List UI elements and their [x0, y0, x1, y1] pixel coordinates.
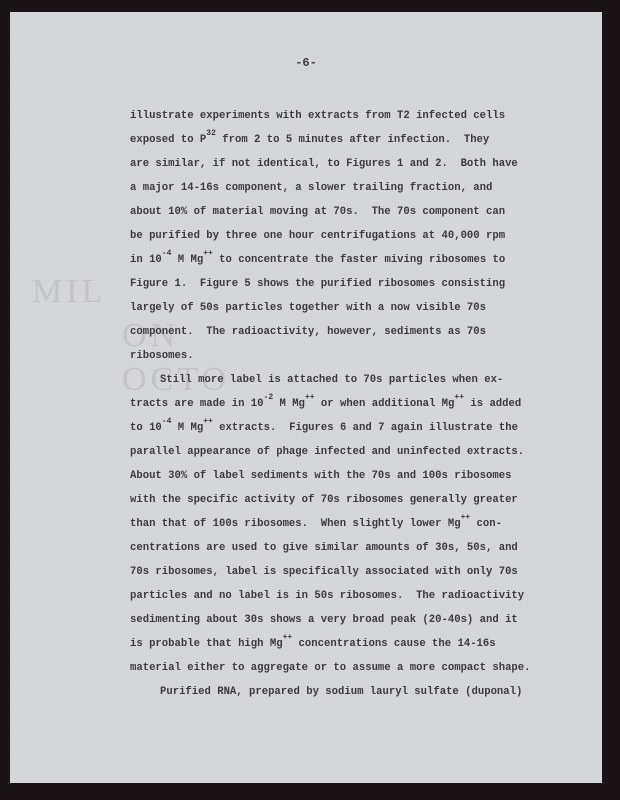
text-line: 70s ribosomes, label is specifically ass… [130, 560, 520, 584]
text-run: to 10 [130, 422, 162, 434]
text-line: parallel appearance of phage infected an… [130, 440, 520, 464]
text-line: centrations are used to give similar amo… [130, 536, 520, 560]
superscript: ++ [283, 633, 293, 642]
text-run: M Mg [171, 422, 203, 434]
superscript: ++ [454, 393, 464, 402]
text-run: exposed to P [130, 134, 206, 146]
text-line: material either to aggregate or to assum… [130, 656, 520, 680]
text-line: than that of 100s ribosomes. When slight… [130, 512, 520, 536]
text-line: to 10-4 M Mg++ extracts. Figures 6 and 7… [130, 416, 520, 440]
superscript: ++ [203, 249, 213, 258]
text-run: con- [470, 518, 502, 530]
superscript: -4 [162, 249, 172, 258]
text-run: is added [464, 398, 521, 410]
text-line: Still more label is attached to 70s part… [130, 368, 520, 392]
text-run: tracts are made in 10 [130, 398, 264, 410]
text-run: or when additional Mg [315, 398, 455, 410]
text-run: in 10 [130, 254, 162, 266]
text-line: particles and no label is in 50s ribosom… [130, 584, 520, 608]
text-run: extracts. Figures 6 and 7 again illustra… [213, 422, 518, 434]
text-run: from 2 to 5 minutes after infection. The… [216, 134, 489, 146]
superscript: ++ [461, 513, 471, 522]
superscript: ++ [203, 417, 213, 426]
superscript: 32 [206, 129, 216, 138]
document-page: MIL ON OCTO -6- illustrate experiments w… [10, 12, 602, 783]
text-line: illustrate experiments with extracts fro… [130, 104, 520, 128]
text-run: concentrations cause the 14-16s [292, 638, 495, 650]
text-line: About 30% of label sediments with the 70… [130, 464, 520, 488]
text-line: be purified by three one hour centrifuga… [130, 224, 520, 248]
text-run: to concentrate the faster miving ribosom… [213, 254, 505, 266]
text-line: exposed to P32 from 2 to 5 minutes after… [130, 128, 520, 152]
superscript: ++ [305, 393, 315, 402]
text-line: is probable that high Mg++ concentration… [130, 632, 520, 656]
text-line: Purified RNA, prepared by sodium lauryl … [130, 680, 520, 704]
text-line: ribosomes. [130, 344, 520, 368]
text-line: largely of 50s particles together with a… [130, 296, 520, 320]
text-line: about 10% of material moving at 70s. The… [130, 200, 520, 224]
text-run: M Mg [273, 398, 305, 410]
superscript: -4 [162, 417, 172, 426]
text-line: in 10-4 M Mg++ to concentrate the faster… [130, 248, 520, 272]
text-line: component. The radioactivity, however, s… [130, 320, 520, 344]
text-line: sedimenting about 30s shows a very broad… [130, 608, 520, 632]
text-run: M Mg [171, 254, 203, 266]
superscript: -2 [264, 393, 274, 402]
text-line: Figure 1. Figure 5 shows the purified ri… [130, 272, 520, 296]
text-run: than that of 100s ribosomes. When slight… [130, 518, 461, 530]
page-number: -6- [10, 56, 602, 70]
text-line: a major 14-16s component, a slower trail… [130, 176, 520, 200]
text-line: are similar, if not identical, to Figure… [130, 152, 520, 176]
text-line: with the specific activity of 70s riboso… [130, 488, 520, 512]
text-run: is probable that high Mg [130, 638, 283, 650]
text-line: tracts are made in 10-2 M Mg++ or when a… [130, 392, 520, 416]
body-text: illustrate experiments with extracts fro… [130, 104, 520, 704]
